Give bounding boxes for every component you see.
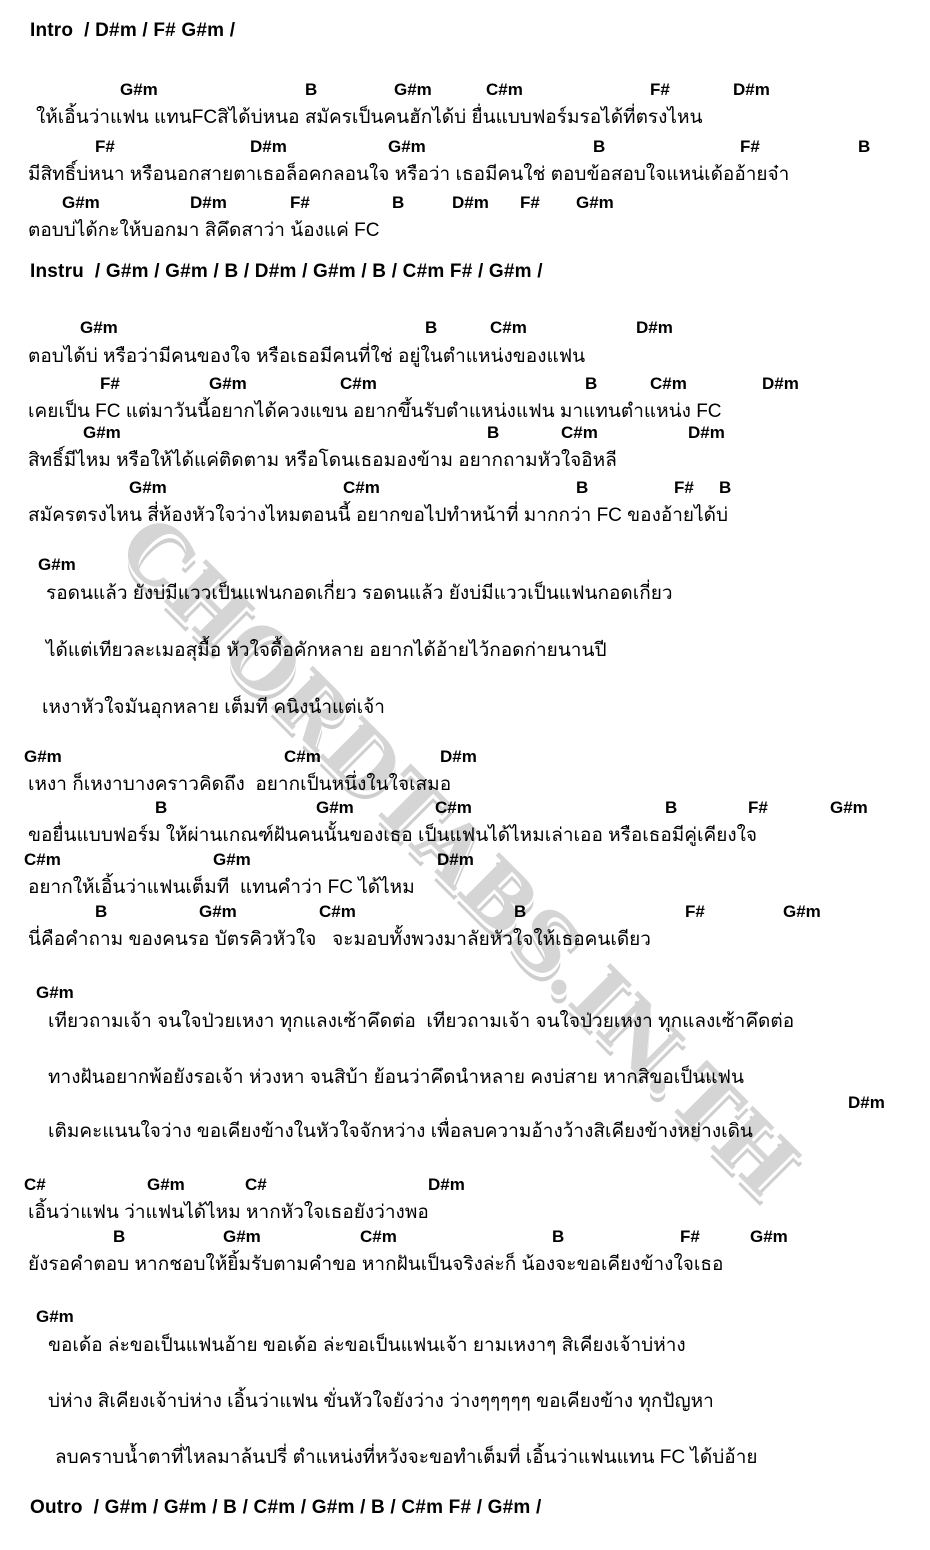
- lyric-line: เติมคะแนนใจว่าง ขอเคียงข้างในหัวใจจักหว่…: [48, 1116, 753, 1146]
- chord-label: D#m: [452, 193, 489, 213]
- chord-label: D#m: [762, 374, 799, 394]
- chord-label: G#m: [62, 193, 100, 213]
- chord-label: G#m: [209, 374, 247, 394]
- chord-line: D#m: [0, 1093, 930, 1115]
- chord-label: D#m: [688, 423, 725, 443]
- chord-label: F#: [100, 374, 120, 394]
- lyric-line: ตอบได้บ่ หรือว่ามีคนของใจ หรือเธอมีคนที่…: [28, 341, 585, 371]
- lyric-line: ลบคราบน้ำตาที่ไหลมาล้นปรี่ ตำแหน่งที่หวั…: [55, 1442, 758, 1472]
- lyric-line: เหงาหัวใจมันอุกหลาย เต็มที คนิงนำแต่เจ้า: [42, 692, 385, 722]
- lyric-line: ขอเด้อ ล่ะขอเป็นแฟนอ้าย ขอเด้อ ล่ะขอเป็น…: [48, 1330, 686, 1360]
- section-header: Instru / G#m / G#m / B / D#m / G#m / B /…: [30, 261, 543, 283]
- chord-line: C#mG#mD#m: [0, 850, 930, 872]
- lyric-line: สมัครตรงไหน สี่ห้องหัวใจว่างไหมตอนนี้ อย…: [28, 500, 728, 530]
- chord-line: BG#mC#mBF#G#m: [0, 1227, 930, 1249]
- chord-label: B: [858, 137, 870, 157]
- lyric-line: รอดนแล้ว ยังบ่มีแววเป็นแฟนกอดเกี่ยว รอดน…: [46, 578, 673, 608]
- chord-label: D#m: [250, 137, 287, 157]
- chord-line: BG#mC#mBF#G#m: [0, 798, 930, 820]
- chord-label: B: [585, 374, 597, 394]
- lyric-line: เคยเป็น FC แต่มาวันนี้อยากได้ควงแขน อยาก…: [28, 396, 722, 426]
- chord-label: D#m: [848, 1093, 885, 1113]
- chord-line: G#mC#mD#m: [0, 747, 930, 769]
- chord-label: G#m: [199, 902, 237, 922]
- chord-label: C#m: [490, 318, 527, 338]
- chord-label: D#m: [440, 747, 477, 767]
- chord-label: G#m: [36, 1307, 74, 1327]
- chord-label: G#m: [129, 478, 167, 498]
- chord-label: C#m: [561, 423, 598, 443]
- lyric-line: ยังรอคำตอบ หากชอบให้ยิ้มรับตามคำขอ หากฝั…: [28, 1249, 723, 1279]
- chord-label: C#m: [650, 374, 687, 394]
- lyric-line: นี่คือคำถาม ของคนรอ บัตรคิวหัวใจ จะมอบทั…: [28, 924, 651, 954]
- lyric-line: อยากให้เอิ้นว่าแฟนเต็มที แทนคำว่า FC ได้…: [28, 872, 415, 902]
- chord-line: C#G#mC#D#m: [0, 1175, 930, 1197]
- chord-label: B: [593, 137, 605, 157]
- chord-line: G#mBG#mC#mF#D#m: [0, 80, 930, 102]
- chord-line: BG#mC#mBF#G#m: [0, 902, 930, 924]
- chord-sheet: CHORDTABS.IN.TH Intro / D#m / F# G#m /G#…: [0, 0, 930, 1550]
- lyric-line: ทางฝันอยากพ้อยังรอเจ้า ห่วงหา จนสิบ้า ย้…: [48, 1062, 744, 1092]
- chord-label: C#m: [435, 798, 472, 818]
- chord-label: G#m: [576, 193, 614, 213]
- chord-label: B: [155, 798, 167, 818]
- chord-label: C#m: [24, 850, 61, 870]
- chord-label: F#: [674, 478, 694, 498]
- chord-label: G#m: [316, 798, 354, 818]
- chord-label: G#m: [223, 1227, 261, 1247]
- lyric-line: ให้เอิ้นว่าแฟน แทนFCสิได้บ่หนอ สมัครเป็น…: [36, 102, 702, 132]
- chord-line: G#mBC#mD#m: [0, 423, 930, 445]
- chord-line: G#m: [0, 983, 930, 1005]
- chord-label: B: [95, 902, 107, 922]
- chord-label: B: [487, 423, 499, 443]
- chord-label: C#m: [340, 374, 377, 394]
- lyric-line: ขอยื่นแบบฟอร์ม ให้ผ่านเกณฑ์ฝันคนนั้นของเ…: [28, 820, 757, 850]
- chord-label: F#: [748, 798, 768, 818]
- chord-label: C#m: [343, 478, 380, 498]
- chord-line: G#mBC#mD#m: [0, 318, 930, 340]
- chord-line: G#m: [0, 1307, 930, 1329]
- chord-label: D#m: [428, 1175, 465, 1195]
- chord-label: G#m: [388, 137, 426, 157]
- chord-label: F#: [290, 193, 310, 213]
- chord-label: B: [665, 798, 677, 818]
- chord-label: F#: [680, 1227, 700, 1247]
- chord-label: D#m: [190, 193, 227, 213]
- chord-label: B: [576, 478, 588, 498]
- chord-label: G#m: [213, 850, 251, 870]
- chord-label: C#m: [360, 1227, 397, 1247]
- chord-label: G#m: [38, 555, 76, 575]
- chord-label: B: [552, 1227, 564, 1247]
- chord-line: G#mC#mBF#B: [0, 478, 930, 500]
- lyric-line: เทียวถามเจ้า จนใจป่วยเหงา ทุกแลงเซ้าคึดต…: [48, 1006, 794, 1036]
- chord-line: F#D#mG#mBF#B: [0, 137, 930, 159]
- chord-label: G#m: [783, 902, 821, 922]
- chord-label: C#: [24, 1175, 46, 1195]
- chord-label: D#m: [437, 850, 474, 870]
- chord-label: F#: [650, 80, 670, 100]
- chord-line: G#mD#mF#BD#mF#G#m: [0, 193, 930, 215]
- chord-label: D#m: [636, 318, 673, 338]
- chord-label: C#m: [284, 747, 321, 767]
- chord-label: B: [719, 478, 731, 498]
- chord-label: B: [392, 193, 404, 213]
- chord-label: F#: [520, 193, 540, 213]
- chord-label: G#m: [24, 747, 62, 767]
- lyric-line: บ่ห่าง สิเคียงเจ้าบ่ห่าง เอิ้นว่าแฟน ขั่…: [48, 1386, 714, 1416]
- chord-label: G#m: [147, 1175, 185, 1195]
- chord-label: C#m: [486, 80, 523, 100]
- lyric-line: สิทธิ์มีไหม หรือให้ได้แค่ติดตาม หรือโดนเ…: [28, 445, 617, 475]
- chord-label: D#m: [733, 80, 770, 100]
- chord-label: G#m: [83, 423, 121, 443]
- chord-label: G#m: [80, 318, 118, 338]
- chord-label: F#: [685, 902, 705, 922]
- chord-label: C#m: [319, 902, 356, 922]
- lyric-line: เอิ้นว่าแฟน ว่าแฟนได้ไหม หากหัวใจเธอยังว…: [28, 1197, 429, 1227]
- chord-label: B: [425, 318, 437, 338]
- lyric-line: เหงา ก็เหงาบางคราวคิดถึง อยากเป็นหนึ่งใน…: [28, 769, 451, 799]
- chord-label: F#: [95, 137, 115, 157]
- chord-label: G#m: [120, 80, 158, 100]
- section-header: Intro / D#m / F# G#m /: [30, 20, 235, 42]
- section-header: Outro / G#m / G#m / B / C#m / G#m / B / …: [30, 1497, 541, 1519]
- chord-label: B: [113, 1227, 125, 1247]
- chord-label: C#: [245, 1175, 267, 1195]
- chord-label: B: [305, 80, 317, 100]
- lyric-line: ได้แต่เทียวละเมอสุมื้อ หัวใจดื้อคักหลาย …: [46, 635, 607, 665]
- lyric-line: มีสิทธิ์บ่หนา หรือนอกสายตาเธอล็อคกลอนใจ …: [28, 159, 789, 189]
- chord-label: G#m: [394, 80, 432, 100]
- chord-label: G#m: [830, 798, 868, 818]
- chord-label: B: [514, 902, 526, 922]
- chord-line: G#m: [0, 555, 930, 577]
- lyric-line: ตอบบ่ได้กะให้บอกมา สิคึดสาว่า น้องแค่ FC: [28, 215, 380, 245]
- chord-label: F#: [740, 137, 760, 157]
- chord-line: F#G#mC#mBC#mD#m: [0, 374, 930, 396]
- chord-label: G#m: [750, 1227, 788, 1247]
- chord-label: G#m: [36, 983, 74, 1003]
